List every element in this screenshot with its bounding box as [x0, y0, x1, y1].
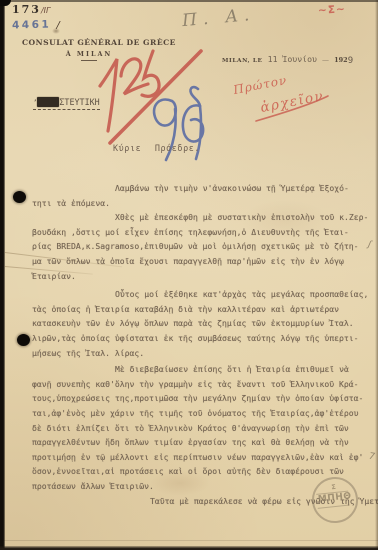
confidential-visible-text: ΣΤΕΥΤΙΚΗ: [59, 97, 99, 107]
handwritten-tick: /: [56, 20, 59, 31]
dateline-printed-year: 192: [334, 56, 348, 64]
typed-line: λιρῶν,τὰς ὁποίας ὑφίσταται ἐκ τῆς συμβάσ…: [32, 331, 374, 346]
red-sigma-annotation: ~Σ~: [318, 3, 346, 16]
typed-line: κατασκευὴν τῶν ἐν λόγῳ ὅπλων παρὰ τὰς ζη…: [32, 316, 374, 331]
typed-line: τὰς ὁποίας ἡ Ἑταιρία καταβάλῃ διὰ τὴν κα…: [32, 302, 374, 317]
typed-line: τους,ὑποχρεώσεις της,προτιμῶσα τὴν μεγάλ…: [32, 391, 374, 406]
paper-crease: [0, 540, 378, 541]
typed-line: παραγγελθέντων ἤδη ὅπλων τιμίαν ἐργασίαν…: [32, 435, 374, 450]
scan-edge-top: [0, 0, 378, 2]
salutation: Κύριε Πρόεδρε.: [113, 143, 200, 153]
struck-out-text: ΕΜΠΙ: [37, 97, 59, 107]
punch-hole: [13, 191, 26, 203]
typed-line: ται,ἀφ'ἑνὸς μὲν χάριν τῆς τιμῆς τοῦ ὀνόμ…: [32, 406, 374, 421]
typed-line: μα τῶν ὅπλων τὰ ὁποῖα ἔχουσι παραγγελθῇ …: [32, 254, 374, 269]
typed-line: Χθὲς μὲ ἐπεσκέφθη μὲ συστατικὴν ἐπιστολὴ…: [32, 210, 374, 225]
typed-line: Μὲ διεβεβαίωσεν ἐπίσης ὅτι ἡ Ἑταιρία ἐπι…: [32, 362, 374, 377]
dateline: MILAN, LE 11 Ἰουνίου — 1929: [222, 47, 353, 66]
confidential-label: ’ΕΜΠΙΣΤΕΥΤΙΚΗ: [33, 97, 100, 110]
red-archive-note-line1: Πρώτον: [232, 73, 288, 97]
pencil-initials-annotation: Π. Α.: [181, 5, 256, 31]
punch-hole: [17, 334, 30, 346]
protocol-number-suffix: /ΙΓ: [41, 6, 51, 15]
dateline-printed-prefix: MILAN, LE: [222, 58, 263, 64]
protocol-number-stamp: 173: [12, 3, 41, 16]
registry-numbers: 173/ΙΓ 4461 /: [12, 2, 60, 32]
typed-line: ρίας BREDA,κ.Sagramoso,ἐπιθυμῶν νὰ μοὶ ὁ…: [32, 239, 374, 254]
scan-corner-notch: [0, 0, 11, 6]
stamp-band: [318, 505, 350, 509]
typed-line: Οὗτος μοί ἐξέθηκε κατ'ἀρχὰς τὰς μεγάλας …: [32, 287, 374, 302]
typed-line: δὲ διότι ἐλπίζει ὅτι τὸ Ἑλληνικὸν Κράτος…: [32, 421, 374, 436]
registry-line-2: 4461 /: [12, 17, 60, 32]
letter-body: Λαμβάνω τὴν τιμὴν ν'ἀνακοινώσω τῇ Ὑμετέρ…: [32, 181, 374, 509]
letterhead-title: CONSULAT GÉNÉRAL DE GRÈCE: [22, 38, 156, 47]
typed-line: ὅσον,ἐννοεῖται,αἱ προτάσεις καὶ οἱ ὅροι …: [32, 464, 374, 479]
typed-line: μήσεως τῆς Ἰταλ. λίρας.: [32, 346, 374, 361]
scanned-letter-page: 173/ΙΓ 4461 / Π. Α. ~Σ~ CONSULAT GÉNÉRAL…: [0, 0, 378, 550]
blue-number-stamp: 4461: [12, 18, 52, 31]
typed-line: προτιμήσῃ ἐν τῷ μέλλοντι εἰς περίπτωσιν …: [32, 450, 374, 465]
typed-line: φανῇ συνεπὴς καθ'ὅλην τὴν γραμμὴν εἰς τὰ…: [32, 377, 374, 392]
letterhead-rule: [81, 60, 97, 61]
dateline-typed-date: 11 Ἰουνίου: [268, 54, 317, 64]
scan-edge-bottom: [0, 546, 378, 550]
typed-line: Λαμβάνω τὴν τιμὴν ν'ἀνακοινώσω τῇ Ὑμετέρ…: [32, 181, 374, 196]
dateline-dash: —: [322, 56, 329, 64]
scan-edge-left: [0, 0, 5, 550]
typed-line: βουδάκη ,ὅστις μοί εἶχεν ἐπίσης τηλεφωνή…: [32, 225, 374, 240]
typed-line: Ἑταιρίαν.: [32, 269, 374, 284]
dateline-typed-year-digit: 9: [348, 56, 353, 66]
red-archive-note-line2: ἀρχεῖον: [259, 88, 325, 116]
typed-line: τητι τὰ ἑπόμενα.: [32, 196, 374, 211]
red-number-125: [100, 51, 201, 143]
letterhead: CONSULAT GÉNÉRAL DE GRÈCE À MILAN: [22, 38, 156, 61]
letterhead-city: À MILAN: [22, 50, 156, 58]
